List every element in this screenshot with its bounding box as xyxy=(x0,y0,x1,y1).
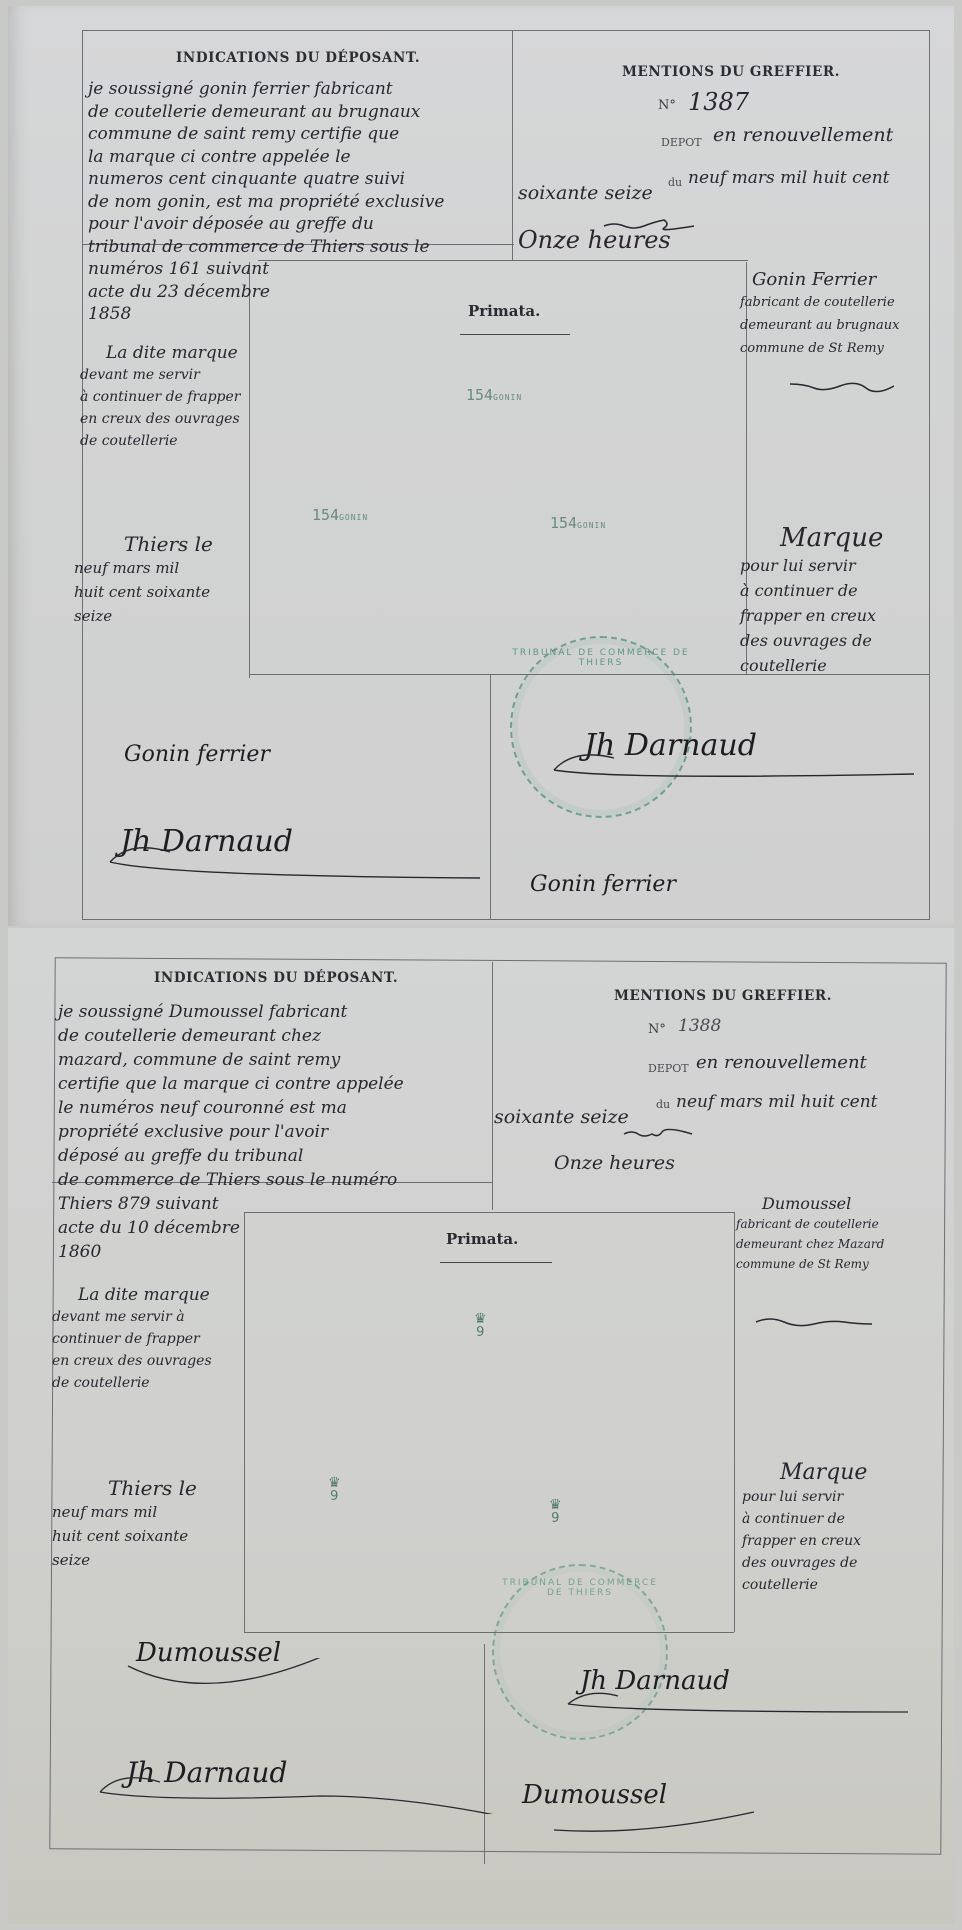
declaration-line: de coutellerie demeurant au brugnaux xyxy=(88,101,444,124)
declaration-line: je soussigné Dumoussel fabricant xyxy=(58,1000,404,1024)
depositor-declaration: je soussigné gonin ferrier fabricant de … xyxy=(88,78,444,326)
crown-icon: ♛ xyxy=(474,1312,487,1326)
mark-number: 9 xyxy=(328,1490,341,1503)
usage-line: devant me servir à xyxy=(52,1306,212,1328)
declaration-line: 1858 xyxy=(88,303,444,326)
declaration-line: certifie que la marque ci contre appelée xyxy=(58,1072,404,1096)
place-date-line: Thiers le xyxy=(74,532,213,556)
usage-line: à continuer de frapper xyxy=(80,386,240,408)
mark-note-line: des ouvrages de xyxy=(742,1552,867,1574)
mark-impression: 154GONIN xyxy=(466,386,522,404)
registrant-details: Dumoussel fabricant de coutellerie demeu… xyxy=(736,1194,884,1274)
mark-number: 9 xyxy=(474,1326,487,1339)
crown-icon: ♛ xyxy=(328,1476,341,1490)
declaration-line: tribunal de commerce de Thiers sous le xyxy=(88,236,444,259)
mark-number: 154 xyxy=(550,514,577,532)
column-divider xyxy=(244,1212,245,1632)
registrant-line: Dumoussel xyxy=(736,1194,884,1214)
declaration-line: 1860 xyxy=(58,1240,404,1264)
registrant-details: Gonin Ferrier fabricant de coutellerie d… xyxy=(740,268,899,360)
declaration-line: numéros 161 suivant xyxy=(88,258,444,281)
crown-icon: ♛ xyxy=(549,1498,562,1512)
usage-line: devant me servir xyxy=(80,364,240,386)
declaration-line: la marque ci contre appelée le xyxy=(88,146,444,169)
mark-note-line: frapper en creux xyxy=(740,603,883,628)
primata-rule xyxy=(460,334,570,335)
usage-line: continuer de frapper xyxy=(52,1328,212,1350)
place-date-line: seize xyxy=(52,1548,197,1572)
mark-number: 154 xyxy=(312,506,339,524)
mark-impression: 154GONIN xyxy=(312,506,368,524)
declaration-line: acte du 10 décembre xyxy=(58,1216,404,1240)
column-divider xyxy=(490,674,491,920)
mark-note-line: des ouvrages de xyxy=(740,628,883,653)
usage-line: La dite marque xyxy=(80,342,240,364)
registrant-line: demeurant au brugnaux xyxy=(740,314,899,337)
flourish-line xyxy=(788,378,898,394)
signature-depositor: Dumoussel xyxy=(522,1780,667,1810)
mark-usage-note: La dite marque devant me servir à contin… xyxy=(80,342,240,452)
mark-impression: 154GONIN xyxy=(550,514,606,532)
mark-note-line: coutellerie xyxy=(740,653,883,678)
mark-note: Marque pour lui servir à continuer de fr… xyxy=(742,1462,867,1596)
depositor-header: INDICATIONS DU DÉPOSANT. xyxy=(154,970,398,986)
depot-value: en renouvellement xyxy=(713,126,893,145)
place-date-line: huit cent soixante xyxy=(74,580,213,604)
usage-line: de coutellerie xyxy=(52,1372,212,1394)
mark-note-line: Marque xyxy=(740,526,883,551)
declaration-line: le numéros neuf couronné est ma xyxy=(58,1096,404,1120)
signature-flourish xyxy=(548,746,928,786)
deposit-hour: Onze heures xyxy=(554,1154,675,1173)
place-date: Thiers le neuf mars mil huit cent soixan… xyxy=(74,532,213,628)
depositor-header: INDICATIONS DU DÉPOSANT. xyxy=(176,50,420,66)
registrant-line: fabricant de coutellerie xyxy=(736,1214,884,1234)
mark-note-line: pour lui servir xyxy=(742,1486,867,1508)
declaration-line: je soussigné gonin ferrier fabricant xyxy=(88,78,444,101)
number-label: N° xyxy=(658,98,676,113)
mark-note-line: frapper en creux xyxy=(742,1530,867,1552)
declaration-line: pour l'avoir déposée au greffe du xyxy=(88,213,444,236)
declaration-line: de commerce de Thiers sous le numéro xyxy=(58,1168,404,1192)
primata-rule xyxy=(440,1262,552,1263)
column-divider xyxy=(492,962,493,1210)
declaration-line: commune de saint remy certifie que xyxy=(88,123,444,146)
mark-usage-note: La dite marque devant me servir à contin… xyxy=(52,1284,212,1394)
registrant-line: commune de St Remy xyxy=(736,1254,884,1274)
signature-flourish xyxy=(104,844,484,884)
mark-note-line: Marque xyxy=(742,1462,867,1484)
signature-depositor: Gonin ferrier xyxy=(530,872,676,897)
mark-impression: ♛ 9 xyxy=(328,1476,341,1503)
mark-suffix: GONIN xyxy=(339,513,368,522)
registrant-line: fabricant de coutellerie xyxy=(740,291,899,314)
deposit-date: neuf mars mil huit cent xyxy=(688,170,890,187)
primata-label: Primata. xyxy=(446,1230,518,1248)
court-seal: TRIBUNAL DE COMMERCE DE THIERS xyxy=(510,636,692,818)
register-sheet-bottom: INDICATIONS DU DÉPOSANT. MENTIONS DU GRE… xyxy=(8,928,954,1924)
column-divider xyxy=(734,1212,735,1632)
declaration-line: Thiers 879 suivant xyxy=(58,1192,404,1216)
mark-note-line: coutellerie xyxy=(742,1574,867,1596)
usage-line: en creux des ouvrages xyxy=(80,408,240,430)
primata-label: Primata. xyxy=(468,302,540,320)
declaration-line: acte du 23 décembre xyxy=(88,281,444,304)
place-date-line: Thiers le xyxy=(52,1476,197,1500)
signature-flourish xyxy=(548,1808,788,1838)
depositor-declaration: je soussigné Dumoussel fabricant de cout… xyxy=(58,1000,404,1264)
usage-line: de coutellerie xyxy=(80,430,240,452)
registrant-line: demeurant chez Mazard xyxy=(736,1234,884,1254)
declaration-line: mazard, commune de saint remy xyxy=(58,1048,404,1072)
depot-label: DEPOT xyxy=(648,1062,689,1075)
mark-note: Marque pour lui servir à continuer de fr… xyxy=(740,526,883,678)
mark-suffix: GONIN xyxy=(493,393,522,402)
column-divider xyxy=(484,1644,485,1864)
declaration-line: déposé au greffe du tribunal xyxy=(58,1144,404,1168)
mark-number: 9 xyxy=(549,1512,562,1525)
signature-flourish xyxy=(94,1774,534,1814)
flourish-line xyxy=(622,1126,702,1142)
clerk-header: MENTIONS DU GREFFIER. xyxy=(614,988,832,1004)
usage-line: en creux des ouvrages xyxy=(52,1350,212,1372)
usage-line: La dite marque xyxy=(52,1284,212,1306)
signature-flourish xyxy=(564,1690,924,1720)
declaration-line: propriété exclusive pour l'avoir xyxy=(58,1120,404,1144)
signature-flourish xyxy=(108,1658,348,1698)
mark-number: 154 xyxy=(466,386,493,404)
place-date-line: neuf mars mil xyxy=(74,556,213,580)
mark-impression: ♛ 9 xyxy=(474,1312,487,1339)
mark-impression: ♛ 9 xyxy=(549,1498,562,1525)
declaration-line: de coutellerie demeurant chez xyxy=(58,1024,404,1048)
deposit-date-continued: soixante seize xyxy=(518,184,653,203)
column-divider xyxy=(512,30,513,260)
mark-note-line: pour lui servir xyxy=(740,553,883,578)
registry-number: 1387 xyxy=(688,90,749,114)
registrant-line: Gonin Ferrier xyxy=(740,268,899,291)
depot-value: en renouvellement xyxy=(696,1054,867,1072)
mark-suffix: GONIN xyxy=(577,521,606,530)
register-sheet-top: INDICATIONS DU DÉPOSANT. MENTIONS DU GRE… xyxy=(8,6,954,926)
seal-text: TRIBUNAL DE COMMERCE DE THIERS xyxy=(494,1578,666,1598)
declaration-line: numeros cent cinquante quatre suivi xyxy=(88,168,444,191)
mark-note-line: à continuer de xyxy=(742,1508,867,1530)
depot-label: DEPOT xyxy=(661,136,702,149)
flourish-line xyxy=(754,1314,874,1330)
du-label: du xyxy=(668,176,682,189)
clerk-header: MENTIONS DU GREFFIER. xyxy=(622,64,840,80)
place-date-line: huit cent soixante xyxy=(52,1524,197,1548)
place-date-line: neuf mars mil xyxy=(52,1500,197,1524)
deposit-hour: Onze heures xyxy=(518,228,671,252)
signature-depositor: Gonin ferrier xyxy=(124,742,270,767)
registry-number: 1388 xyxy=(678,1018,721,1035)
place-date: Thiers le neuf mars mil huit cent soixan… xyxy=(52,1476,197,1572)
declaration-line: de nom gonin, est ma propriété exclusive xyxy=(88,191,444,214)
deposit-date-continued: soixante seize xyxy=(494,1108,629,1127)
number-label: N° xyxy=(648,1022,666,1037)
mark-note-line: à continuer de xyxy=(740,578,883,603)
seal-text: TRIBUNAL DE COMMERCE DE THIERS xyxy=(512,648,690,668)
du-label: du xyxy=(656,1098,670,1111)
deposit-date: neuf mars mil huit cent xyxy=(676,1094,878,1111)
place-date-line: seize xyxy=(74,604,213,628)
registrant-line: commune de St Remy xyxy=(740,337,899,360)
